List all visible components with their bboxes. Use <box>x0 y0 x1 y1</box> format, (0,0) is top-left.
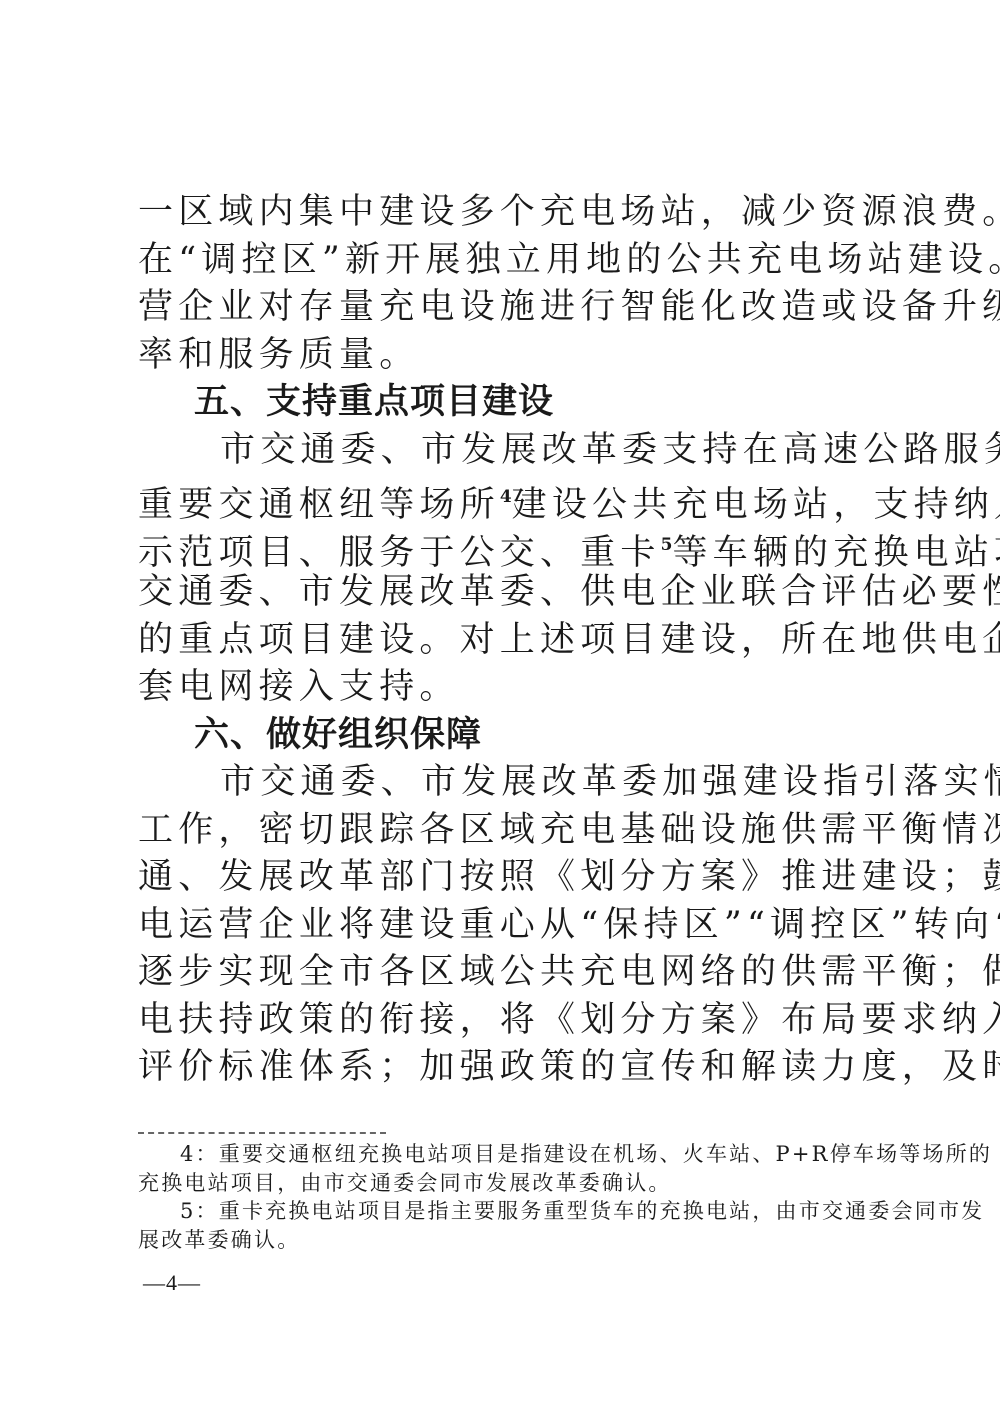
text-line: 示范项目、服务于公交、重卡5等车辆的充换电站项目以及经市 <box>138 522 880 570</box>
text-line: 营企业对存量充电设施进行智能化改造或设备升级，提升运行效 <box>138 284 880 332</box>
text-span: 示范项目、服务于公交、重卡 <box>138 533 661 573</box>
text-line: 电扶持政策的衔接，将《划分方案》布局要求纳入新建项目等级 <box>138 997 880 1045</box>
document-page: 一区域内集中建设多个充电场站，减少资源浪费。原则不再鼓励 在“调控区”新开展独立… <box>0 0 1000 1411</box>
footnotes: 4：重要交通枢纽充换电站项目是指建设在机场、火车站、P+R停车场等场所的 充换电… <box>138 1140 880 1254</box>
section-heading-5: 五、支持重点项目建设 <box>138 379 880 427</box>
text-line: 市交通委、市发展改革委加强建设指引落实情况的监督指导 <box>138 759 880 807</box>
text-line: 一区域内集中建设多个充电场站，减少资源浪费。原则不再鼓励 <box>138 189 880 237</box>
text-span: 市交通委、市发展改革委支持在高速公路服务区（停车区）、 <box>220 430 1000 470</box>
footnote-ref-4: 4 <box>500 487 512 507</box>
footnote-4-line: 4：重要交通枢纽充换电站项目是指建设在机场、火车站、P+R停车场等场所的 <box>138 1140 880 1169</box>
footnote-ref-5: 5 <box>661 535 673 555</box>
text-line: 交通委、市发展改革委、供电企业联合评估必要性、可行性较高 <box>138 569 880 617</box>
text-line: 率和服务质量。 <box>138 332 880 380</box>
text-line: 套电网接入支持。 <box>138 664 880 712</box>
text-line: 逐步实现全市各区域公共充电网络的供需平衡；做好与本市充换 <box>138 949 880 997</box>
text-line: 在“调控区”新开展独立用地的公共充电场站建设。支持充电运 <box>138 237 880 285</box>
body-text: 一区域内集中建设多个充电场站，减少资源浪费。原则不再鼓励 在“调控区”新开展独立… <box>138 189 880 1092</box>
footnote-5-line: 5：重卡充换电站项目是指主要服务重型货车的充换电站，由市交通委会同市发 <box>138 1197 880 1226</box>
footnote-4-line: 充换电站项目，由市交通委会同市发展改革委确认。 <box>138 1169 880 1198</box>
text-line: 市交通委、市发展改革委支持在高速公路服务区（停车区）、 <box>138 427 880 475</box>
footnote-separator <box>138 1132 386 1134</box>
text-line: 工作，密切跟踪各区域充电基础设施供需平衡情况，指导各区交 <box>138 807 880 855</box>
footnote-5-line: 展改革委确认。 <box>138 1226 880 1255</box>
page-number: —4— <box>143 1270 201 1296</box>
text-line: 的重点项目建设。对上述项目建设，所在地供电企业加快给予配 <box>138 617 880 665</box>
text-line: 电运营企业将建设重心从“保持区”“调控区”转向“发展区”， <box>138 902 880 950</box>
text-line: 重要交通枢纽等场所4建设公共充电场站，支持纳入国家和市级 <box>138 474 880 522</box>
text-line: 评价标准体系；加强政策的宣传和解读力度，及时回应社会关切 <box>138 1044 880 1092</box>
text-line: 通、发展改革部门按照《划分方案》推进建设；鼓励和引导充（换） <box>138 854 880 902</box>
text-span: 重要交通枢纽等场所 <box>138 485 500 525</box>
text-span: 建设公共充电场站，支持纳入国家和市级 <box>512 485 1000 525</box>
text-span: 套电网接入支持。 <box>138 667 460 707</box>
text-span: 等车辆的充换电站项目以及经市 <box>672 533 1000 573</box>
text-span: 的重点项目建设。对上述项目建设，所在地供电企业加快给予配 <box>138 620 1000 660</box>
text-span: 交通委、市发展改革委、供电企业联合评估必要性、可行性较高 <box>138 572 1000 612</box>
section-heading-6: 六、做好组织保障 <box>138 712 880 760</box>
